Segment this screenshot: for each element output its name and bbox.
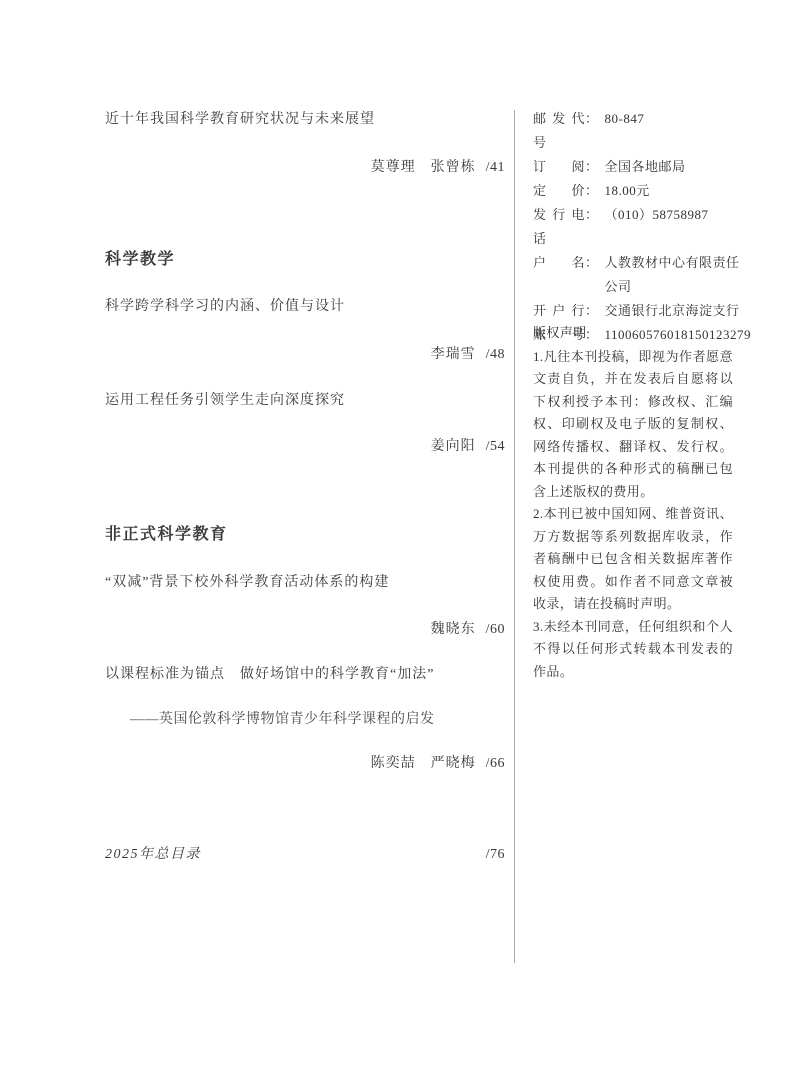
article-subtitle: ——英国伦敦科学博物馆青少年科学课程的启发 xyxy=(130,710,505,730)
info-label: 发行电话 xyxy=(533,203,585,251)
info-label: 订阅 xyxy=(533,155,585,179)
article-authors: 莫尊理 张曾栋 xyxy=(371,158,476,178)
info-value: 人教教材中心有限责任公司 xyxy=(605,251,747,299)
article-page-number: /48 xyxy=(486,345,505,365)
copyright-title: 版权声明 xyxy=(533,322,733,345)
info-colon: ： xyxy=(585,107,599,131)
info-label: 定价 xyxy=(533,179,585,203)
article-title: 科学跨学科学习的内涵、价值与设计 xyxy=(105,297,505,317)
copyright-paragraph: 3.未经本刊同意，任何组织和个人不得以任何形式转载本刊发表的作品。 xyxy=(533,616,733,684)
annual-index-row: 2025年总目录 /76 xyxy=(105,845,505,865)
copyright-paragraph: 2.本刊已被中国知网、维普资讯、万方数据等系列数据库收录，作者稿酬中已包含相关数… xyxy=(533,503,733,616)
annual-index-page-number: /76 xyxy=(486,845,505,865)
article-page-number: /66 xyxy=(486,754,505,774)
info-row: 定价 ： 18.00元 xyxy=(533,179,763,203)
article-title: 近十年我国科学教育研究状况与未来展望 xyxy=(105,110,505,130)
info-value: 80-847 xyxy=(605,107,645,131)
column-divider xyxy=(514,110,515,963)
info-row: 户名 ： 人教教材中心有限责任公司 xyxy=(533,251,763,299)
copyright-paragraph: 1.凡往本刊投稿，即视为作者愿意文责自负，并在发表后自愿将以下权利授予本刊：修改… xyxy=(533,346,733,504)
info-value: 18.00元 xyxy=(605,179,650,203)
article-title: “双减”背景下校外科学教育活动体系的构建 xyxy=(105,573,505,593)
article-title: 运用工程任务引领学生走向深度探究 xyxy=(105,391,505,411)
article-title: 以课程标准为锚点 做好场馆中的科学教育“加法” xyxy=(105,665,505,685)
info-colon: ： xyxy=(585,155,599,179)
annual-index-title: 2025年总目录 xyxy=(105,845,201,865)
article-page-number: /41 xyxy=(486,158,505,178)
info-label: 开户行 xyxy=(533,299,585,323)
journal-toc-page: 近十年我国科学教育研究状况与未来展望 莫尊理 张曾栋 /41 科学教学 科学跨学… xyxy=(0,0,800,1077)
article-byline: 李瑞雪 /48 xyxy=(105,345,505,365)
info-colon: ： xyxy=(585,299,599,323)
info-row: 邮发代号 ： 80-847 xyxy=(533,107,763,155)
article-byline: 陈奕喆 严晓梅 /66 xyxy=(105,754,505,774)
article-authors: 陈奕喆 严晓梅 xyxy=(371,754,476,774)
info-colon: ： xyxy=(585,251,599,275)
info-label: 邮发代号 xyxy=(533,107,585,155)
info-colon: ： xyxy=(585,179,599,203)
article-authors: 魏晓东 xyxy=(431,620,476,640)
publication-info: 邮发代号 ： 80-847 订阅 ： 全国各地邮局 定价 ： 18.00元 发行… xyxy=(533,107,763,347)
info-row: 开户行 ： 交通银行北京海淀支行 xyxy=(533,299,763,323)
info-colon: ： xyxy=(585,203,599,227)
info-value: （010）58758987 xyxy=(605,203,709,227)
info-value: 交通银行北京海淀支行 xyxy=(605,299,740,323)
info-row: 订阅 ： 全国各地邮局 xyxy=(533,155,763,179)
article-authors: 姜向阳 xyxy=(431,437,476,457)
info-row: 发行电话 ： （010）58758987 xyxy=(533,203,763,251)
article-page-number: /60 xyxy=(486,620,505,640)
article-byline: 莫尊理 张曾栋 /41 xyxy=(105,158,505,178)
copyright-notice: 版权声明 1.凡往本刊投稿，即视为作者愿意文责自负，并在发表后自愿将以下权利授予… xyxy=(533,322,733,683)
info-value: 全国各地邮局 xyxy=(605,155,686,179)
info-label: 户名 xyxy=(533,251,585,275)
article-byline: 姜向阳 /54 xyxy=(105,437,505,457)
section-heading: 非正式科学教育 xyxy=(105,525,505,545)
section-heading: 科学教学 xyxy=(105,250,505,270)
article-authors: 李瑞雪 xyxy=(431,345,476,365)
article-byline: 魏晓东 /60 xyxy=(105,620,505,640)
article-page-number: /54 xyxy=(486,437,505,457)
